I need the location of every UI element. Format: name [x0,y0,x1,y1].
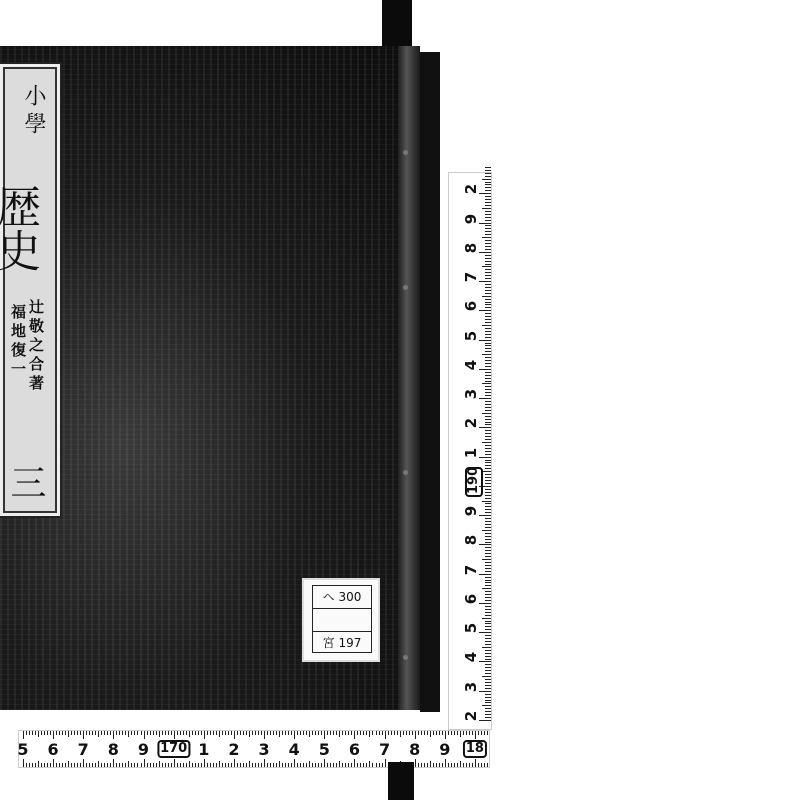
vertical-ruler: 234567891901234567892 [448,172,492,730]
ruler-label: 9 [462,207,480,231]
library-label: ヘ 300 宮 197 [302,578,380,662]
ruler-label: 3 [258,740,269,759]
ruler-label: 6 [48,740,59,759]
volume-number: 三 [0,464,51,500]
label-row-3: 宮 197 [313,632,371,654]
ruler-label: 2 [462,177,480,201]
ruler-label: 7 [379,740,390,759]
ruler-label: 4 [462,353,480,377]
main-title: 歴史 [0,184,36,272]
ruler-label: 2 [462,704,480,728]
horizontal-ruler: 5678917012345678918 [18,730,490,768]
binding-hole [403,285,408,290]
ruler-label: 2 [228,740,239,759]
ruler-label: 3 [462,675,480,699]
ruler-label: 5 [17,740,28,759]
ruler-label: 6 [462,587,480,611]
binding-hole [403,150,408,155]
ruler-label: 8 [409,740,420,759]
ruler-label: 8 [108,740,119,759]
ruler-label: 1 [462,441,480,465]
small-title: 小學 [18,84,49,140]
ruler-label: 7 [462,558,480,582]
ruler-label: 7 [462,265,480,289]
ruler-label: 8 [462,528,480,552]
binding-clip-bottom [388,762,414,800]
author-1: 辻敬之合著 [26,299,47,394]
ruler-label: 7 [78,740,89,759]
book-spine [420,52,440,712]
ruler-label: 5 [319,740,330,759]
ruler-label: 9 [462,499,480,523]
label-row-2 [313,609,371,632]
ruler-label: 170 [157,740,190,758]
label-row-1: ヘ 300 [313,586,371,609]
ruler-label: 9 [439,740,450,759]
scan-page: 小學 歴史 辻敬之合著 福地復一 三 ヘ 300 宮 197 234567891… [0,0,800,800]
binding-clip-top [382,0,412,50]
ruler-label: 8 [462,236,480,260]
author-2: 福地復一 [8,304,29,380]
ruler-label: 1 [198,740,209,759]
title-slip: 小學 歴史 辻敬之合著 福地復一 三 [0,62,62,518]
ruler-label: 5 [462,616,480,640]
ruler-label: 4 [462,645,480,669]
binding-hole [403,655,408,660]
ruler-label: 6 [462,294,480,318]
ruler-label: 2 [462,411,480,435]
ruler-label: 9 [138,740,149,759]
ruler-label: 3 [462,382,480,406]
ruler-label: 18 [463,740,487,758]
ruler-label: 4 [289,740,300,759]
ruler-label: 5 [462,324,480,348]
ruler-label: 6 [349,740,360,759]
binding-hole [403,470,408,475]
ruler-label: 190 [465,467,483,497]
